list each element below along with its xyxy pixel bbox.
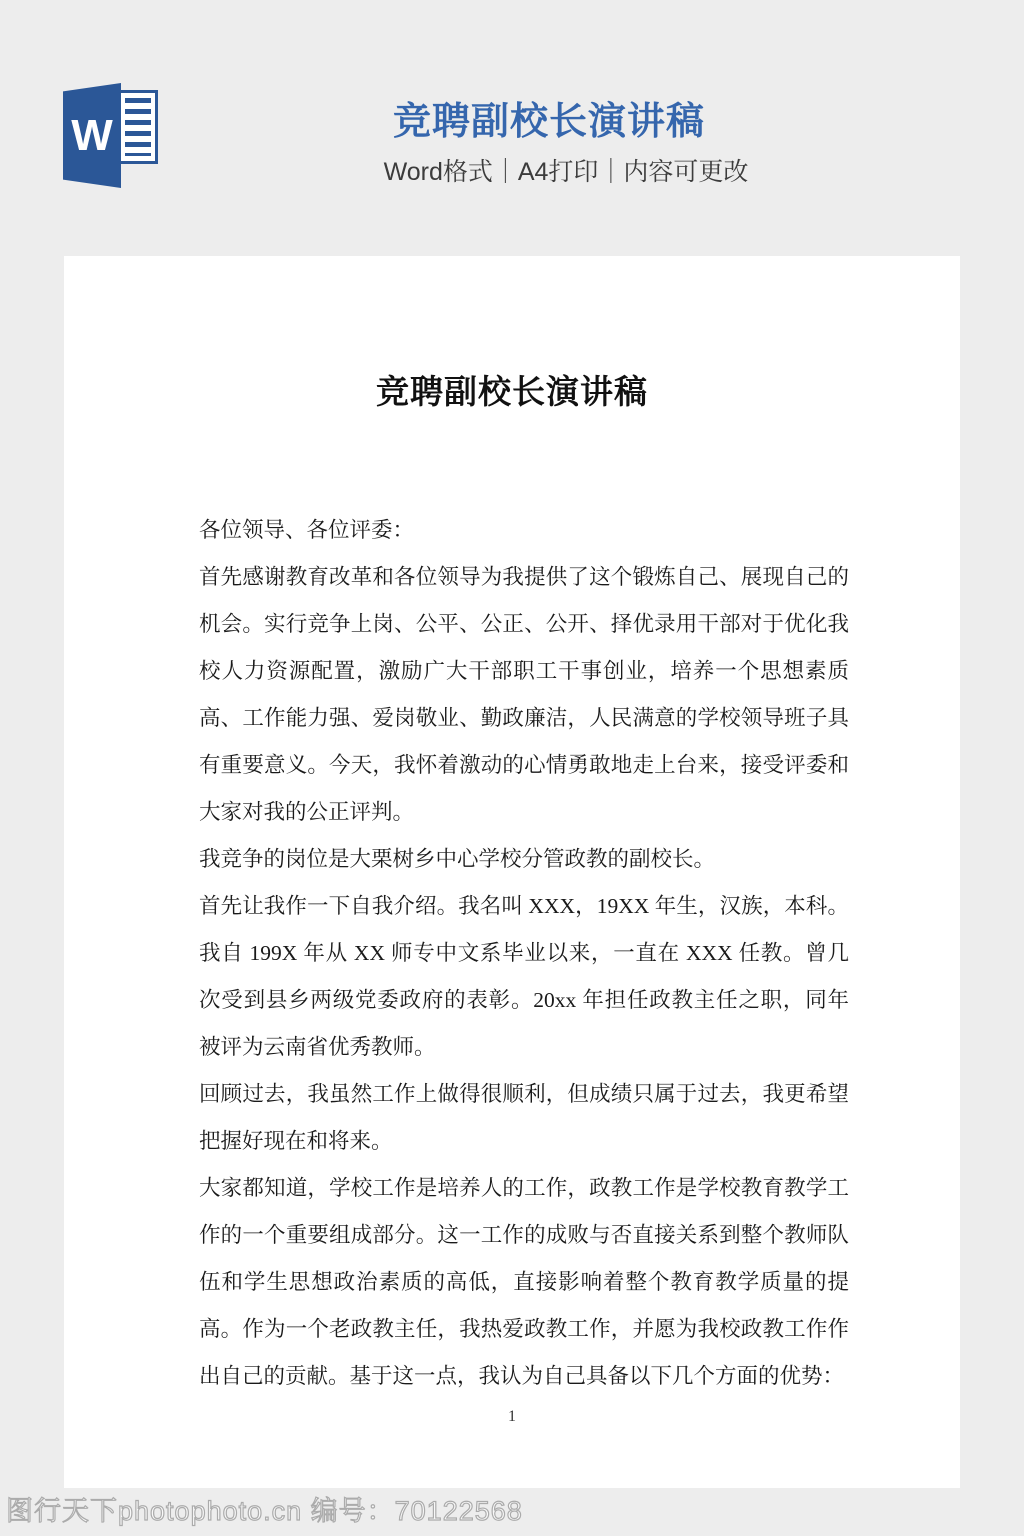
paragraph-advantages-intro: 大家都知道，学校工作是培养人的工作，政教工作是学校教育教学工作的一个重要组成部分… xyxy=(199,1165,849,1400)
word-logo-w-panel: W xyxy=(63,83,121,188)
paragraph-thanks: 首先感谢教育改革和各位领导为我提供了这个锻炼自己、展现自己的机会。实行竞争上岗、… xyxy=(199,554,849,836)
document-title: 竞聘副校长演讲稿 xyxy=(64,366,960,413)
document-body: 各位领导、各位评委： 首先感谢教育改革和各位领导为我提供了这个锻炼自己、展现自己… xyxy=(199,507,849,1400)
paragraph-salutation: 各位领导、各位评委： xyxy=(199,507,849,554)
paragraph-review-past: 回顾过去，我虽然工作上做得很顺利，但成绩只属于过去，我更希望把握好现在和将来。 xyxy=(199,1071,849,1165)
document-page: 竞聘副校长演讲稿 各位领导、各位评委： 首先感谢教育改革和各位领导为我提供了这个… xyxy=(64,256,960,1488)
word-logo-letter: W xyxy=(71,114,113,158)
paragraph-position: 我竞争的岗位是大栗树乡中心学校分管政教的副校长。 xyxy=(199,836,849,883)
template-subtitle: Word格式｜A4打印｜内容可更改 xyxy=(384,152,749,188)
paragraph-self-intro: 首先让我作一下自我介绍。我名叫 XXX，19XX 年生，汉族，本科。我自 199… xyxy=(199,883,849,1071)
template-title: 竞聘副校长演讲稿 xyxy=(393,90,705,145)
page-number: 1 xyxy=(64,1408,960,1426)
template-preview-canvas: W 竞聘副校长演讲稿 Word格式｜A4打印｜内容可更改 竞聘副校长演讲稿 各位… xyxy=(0,0,1024,1536)
watermark-text: 图行天下photophoto.cn 编号：70122568 xyxy=(6,1489,523,1528)
word-logo-icon: W xyxy=(63,83,158,188)
word-logo-text-lines xyxy=(125,98,151,156)
